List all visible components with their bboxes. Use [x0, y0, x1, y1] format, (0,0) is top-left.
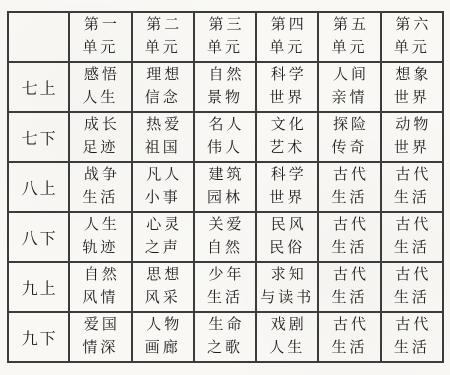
header-cell-unit4: 第四 单元 — [256, 12, 318, 62]
row-label: 八上 — [8, 162, 69, 212]
table-cell: 成长 足迹 — [69, 112, 131, 162]
table-cell: 古代 生活 — [318, 312, 380, 362]
table-cell: 戏剧 人生 — [256, 312, 318, 362]
row-label: 九上 — [8, 262, 69, 312]
table-cell: 自然 风情 — [69, 262, 131, 312]
table-cell: 关爱 自然 — [194, 212, 256, 262]
table-cell: 民风 民俗 — [256, 212, 318, 262]
table-row-grade8-1: 八上 战争 生活 凡人 小事 建筑 园林 科学 世界 古代 生活 古代 生活 — [8, 162, 443, 212]
table-cell: 科学 世界 — [256, 162, 318, 212]
table-cell: 建筑 园林 — [194, 162, 256, 212]
row-label: 七上 — [8, 62, 69, 112]
table-header-row: 第一 单元 第二 单元 第三 单元 第四 单元 第五 单元 第六 单元 — [8, 12, 443, 62]
table-cell: 科学 世界 — [256, 62, 318, 112]
table-cell: 古代 生活 — [381, 312, 443, 362]
header-cell-unit5: 第五 单元 — [318, 12, 380, 62]
row-label: 八下 — [8, 212, 69, 262]
table-cell: 古代 生活 — [318, 162, 380, 212]
table-row-grade7-2: 七下 成长 足迹 热爱 祖国 名人 伟人 文化 艺术 探险 传奇 动物 世界 — [8, 112, 443, 162]
table-row-grade9-1: 九上 自然 风情 思想 风采 少年 生活 求知 与读书 古代 生活 古代 生活 — [8, 262, 443, 312]
table-row-grade9-2: 九下 爱国 情深 人物 画廊 生命 之歌 戏剧 人生 古代 生活 古代 生活 — [8, 312, 443, 362]
table-cell: 古代 生活 — [381, 262, 443, 312]
table-cell: 古代 生活 — [318, 262, 380, 312]
unit-schedule-table: 第一 单元 第二 单元 第三 单元 第四 单元 第五 单元 第六 单元 七上 感… — [7, 11, 444, 363]
table-row-grade8-2: 八下 人生 轨迹 心灵 之声 关爱 自然 民风 民俗 古代 生活 古代 生活 — [8, 212, 443, 262]
table-cell: 探险 传奇 — [318, 112, 380, 162]
corner-cell — [8, 12, 69, 62]
table-cell: 生命 之歌 — [194, 312, 256, 362]
table-cell: 少年 生活 — [194, 262, 256, 312]
table-cell: 理想 信念 — [132, 62, 194, 112]
row-label: 七下 — [8, 112, 69, 162]
row-label: 九下 — [8, 312, 69, 362]
table-cell: 战争 生活 — [69, 162, 131, 212]
table-cell: 动物 世界 — [381, 112, 443, 162]
table-cell: 思想 风采 — [132, 262, 194, 312]
header-cell-unit6: 第六 单元 — [381, 12, 443, 62]
table-cell: 文化 艺术 — [256, 112, 318, 162]
header-cell-unit1: 第一 单元 — [69, 12, 131, 62]
table-cell: 感悟 人生 — [69, 62, 131, 112]
table-cell: 古代 生活 — [381, 162, 443, 212]
table-cell: 人间 亲情 — [318, 62, 380, 112]
scanned-page: 第一 单元 第二 单元 第三 单元 第四 单元 第五 单元 第六 单元 七上 感… — [0, 0, 450, 375]
table-cell: 凡人 小事 — [132, 162, 194, 212]
table-cell: 人生 轨迹 — [69, 212, 131, 262]
table-cell: 人物 画廊 — [132, 312, 194, 362]
table-cell: 爱国 情深 — [69, 312, 131, 362]
table-cell: 求知 与读书 — [256, 262, 318, 312]
table-cell: 热爱 祖国 — [132, 112, 194, 162]
table-cell: 古代 生活 — [381, 212, 443, 262]
table-cell: 名人 伟人 — [194, 112, 256, 162]
header-cell-unit3: 第三 单元 — [194, 12, 256, 62]
table-cell: 心灵 之声 — [132, 212, 194, 262]
table-row-grade7-1: 七上 感悟 人生 理想 信念 自然 景物 科学 世界 人间 亲情 想象 世界 — [8, 62, 443, 112]
header-cell-unit2: 第二 单元 — [132, 12, 194, 62]
table-cell: 自然 景物 — [194, 62, 256, 112]
table-cell: 古代 生活 — [318, 212, 380, 262]
table-cell: 想象 世界 — [381, 62, 443, 112]
